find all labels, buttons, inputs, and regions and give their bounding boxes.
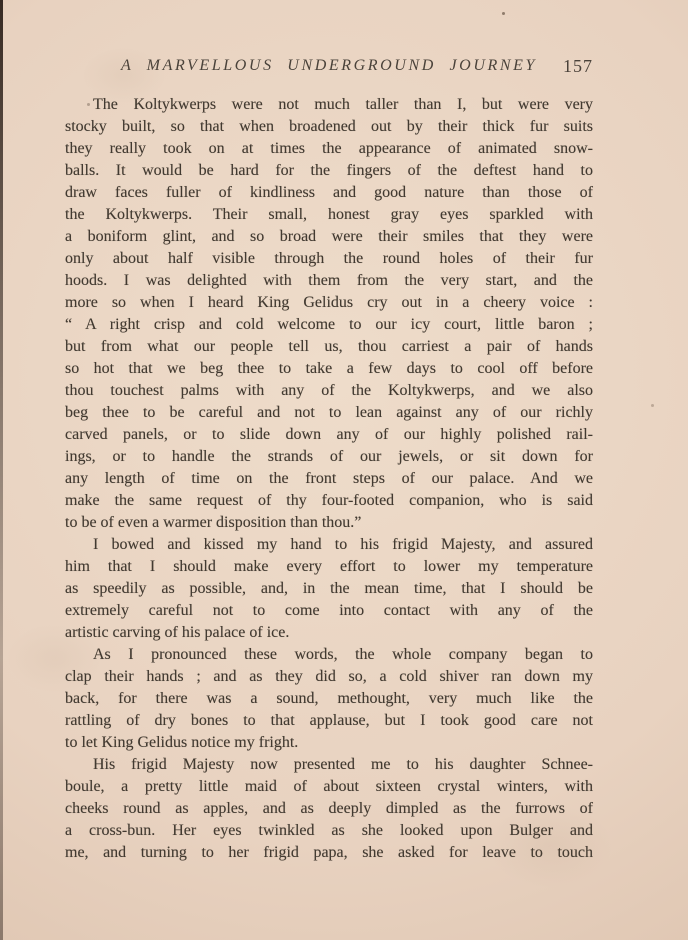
- scan-speck: [502, 12, 505, 15]
- text-line: a cross-bun. Her eyes twinkled as she lo…: [65, 820, 593, 842]
- text-line: so hot that we beg thee to take a few da…: [65, 358, 593, 380]
- text-line: beg thee to be careful and not to lean a…: [65, 402, 593, 424]
- text-line: cheeks round as apples, and as deeply di…: [65, 798, 593, 820]
- text-line: artistic carving of his palace of ice.: [65, 622, 593, 644]
- text-line: me, and turning to her frigid papa, she …: [65, 842, 593, 864]
- text-line: make the same request of thy four-footed…: [65, 490, 593, 512]
- text-line: rattling of dry bones to that applause, …: [65, 710, 593, 732]
- text-line: boule, a pretty little maid of about six…: [65, 776, 593, 798]
- text-line: they really took on at times the appeara…: [65, 138, 593, 160]
- text-line: to let King Gelidus notice my fright.: [65, 732, 593, 754]
- text-line: clap their hands ; and as they did so, a…: [65, 666, 593, 688]
- text-line: back, for there was a sound, methought, …: [65, 688, 593, 710]
- text-line: stocky built, so that when broadened out…: [65, 116, 593, 138]
- text-line: As I pronounced these words, the whole c…: [65, 644, 593, 666]
- running-head: A MARVELLOUS UNDERGROUND JOURNEY 157: [65, 57, 593, 81]
- text-line: but from what our people tell us, thou c…: [65, 336, 593, 358]
- text-line: him that I should make every effort to l…: [65, 556, 593, 578]
- text-line: to be of even a warmer disposition than …: [65, 512, 593, 534]
- text-line: thou touchest palms with any of the Kolt…: [65, 380, 593, 402]
- text-line: hoods. I was delighted with them from th…: [65, 270, 593, 292]
- text-line: draw faces fuller of kindliness and good…: [65, 182, 593, 204]
- text-line: ings, or to handle the strands of our je…: [65, 446, 593, 468]
- page-number: 157: [563, 56, 593, 77]
- text-line: The Koltykwerps were not much taller tha…: [65, 94, 593, 116]
- text-line: more so when I heard King Gelidus cry ou…: [65, 292, 593, 314]
- text-line: extremely careful not to come into conta…: [65, 600, 593, 622]
- text-line: balls. It would be hard for the fingers …: [65, 160, 593, 182]
- running-head-title: A MARVELLOUS UNDERGROUND JOURNEY: [65, 57, 593, 75]
- text-line: the Koltykwerps. Their small, honest gra…: [65, 204, 593, 226]
- text-line: carved panels, or to slide down any of o…: [65, 424, 593, 446]
- page-text: The Koltykwerps were not much taller tha…: [65, 94, 593, 864]
- text-line: His frigid Majesty now presented me to h…: [65, 754, 593, 776]
- scan-speck: [651, 404, 654, 407]
- text-line: only about half visible through the roun…: [65, 248, 593, 270]
- text-line: I bowed and kissed my hand to his frigid…: [65, 534, 593, 556]
- text-line: “ A right crisp and cold welcome to our …: [65, 314, 593, 336]
- text-line: any length of time on the front steps of…: [65, 468, 593, 490]
- book-page: A MARVELLOUS UNDERGROUND JOURNEY 157 The…: [0, 0, 688, 940]
- text-line: as speedily as possible, and, in the mea…: [65, 578, 593, 600]
- page-edge-shadow: [0, 0, 3, 940]
- text-line: a boniform glint, and so broad were thei…: [65, 226, 593, 248]
